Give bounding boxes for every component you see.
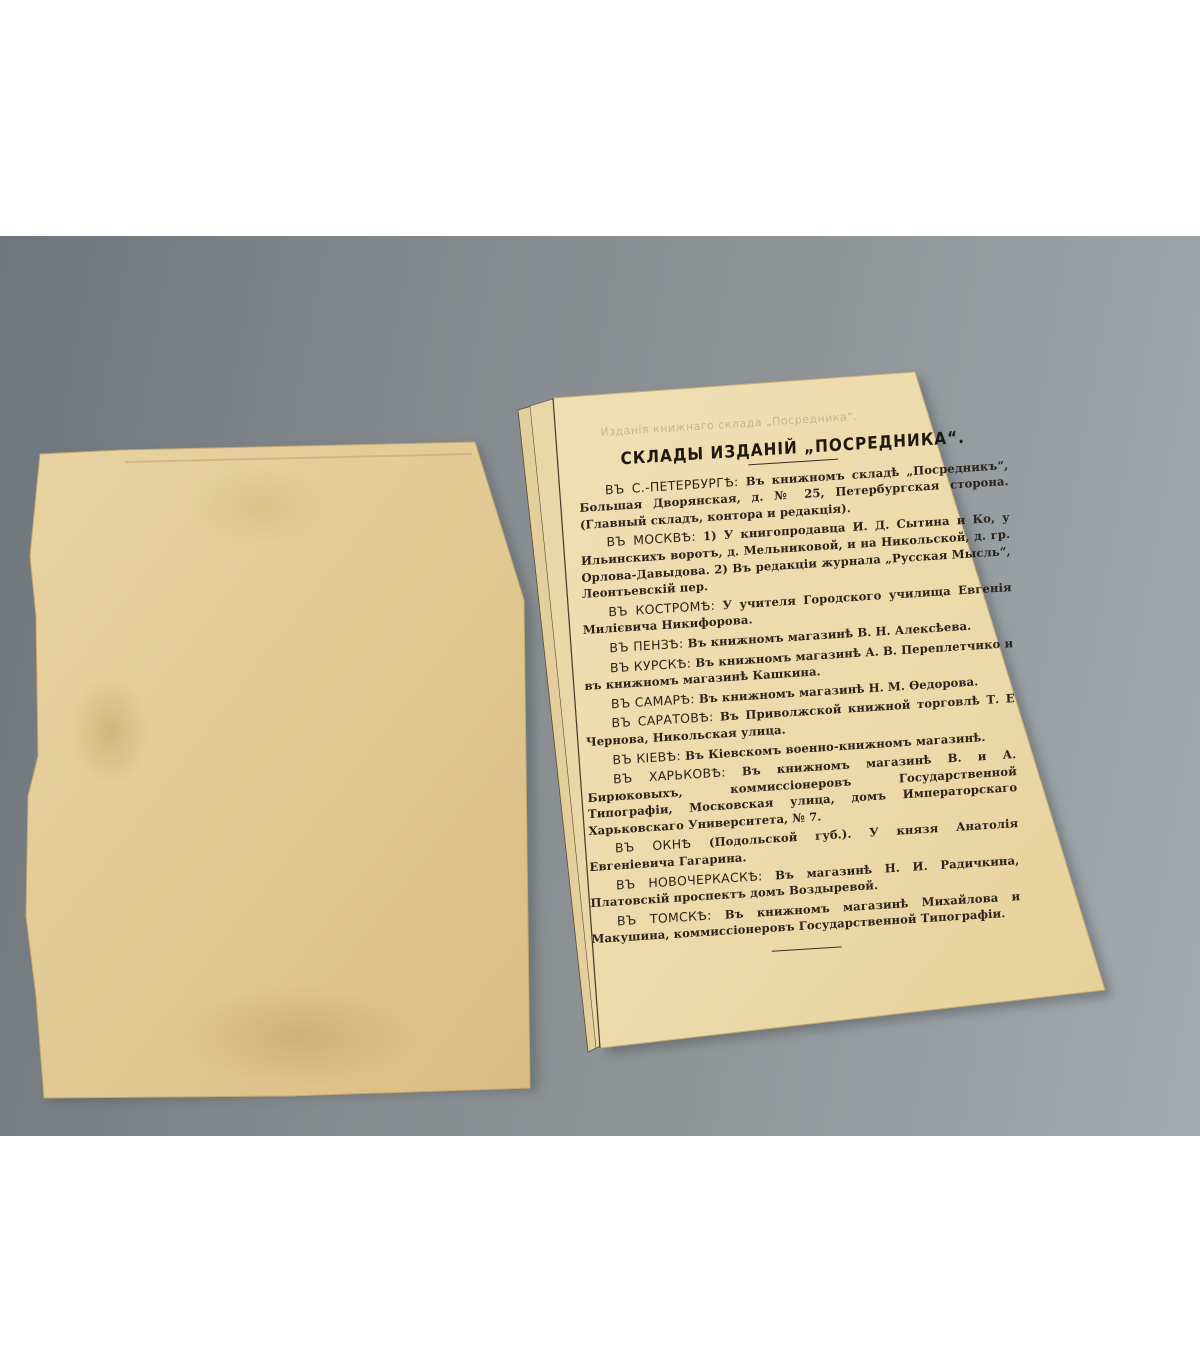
right-leaf-printed-text: СКЛАДЫ ИЗДАНІЙ „ПОСРЕДНИКА“. ВЪ С.-ПЕТЕР… [578,427,1021,963]
photograph: Изданія книжнаго склада „Посредника“. СК… [0,236,1200,1136]
